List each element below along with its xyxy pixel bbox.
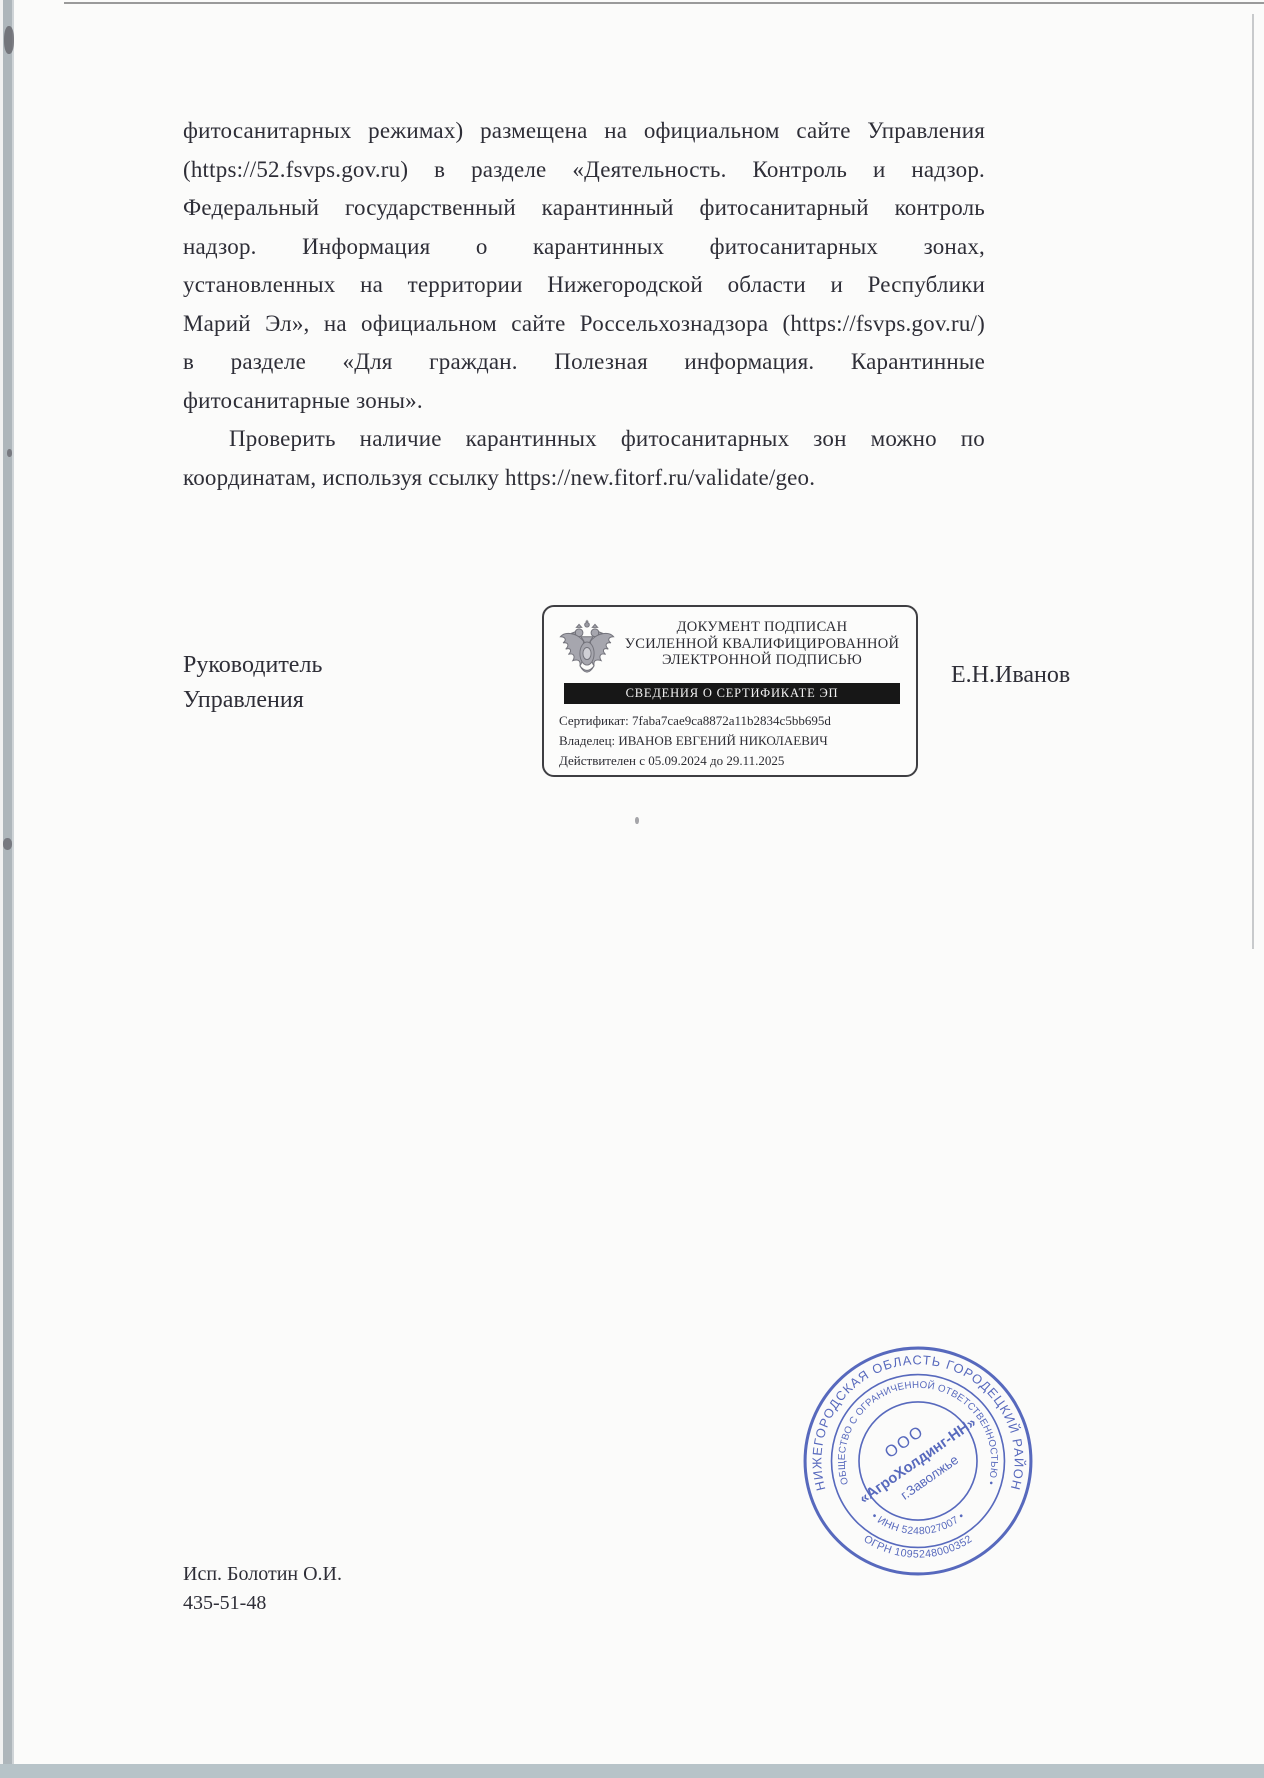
scan-edge-bottom: [0, 1764, 1264, 1778]
scan-artifact: [635, 817, 639, 824]
body-line: координатам, используя ссылку https://ne…: [183, 459, 985, 498]
signer-role-line1: Руководитель: [183, 648, 433, 683]
body-line: фитосанитарных режимах) размещена на офи…: [183, 112, 985, 151]
signer-name: Е.Н.Иванов: [951, 662, 1070, 689]
scan-artifact: [7, 449, 12, 457]
body-line: установленных на территории Нижегородско…: [183, 266, 985, 305]
signer-role: Руководитель Управления: [183, 648, 433, 718]
e-signature-title-line2: УСИЛЕННОЙ КВАЛИФИЦИРОВАННОЙ: [616, 636, 908, 653]
e-signature-title: ДОКУМЕНТ ПОДПИСАН УСИЛЕННОЙ КВАЛИФИЦИРОВ…: [616, 619, 908, 669]
double-headed-eagle-icon: [556, 617, 618, 683]
executor-name: Исп. Болотин О.И.: [183, 1560, 342, 1589]
body-line: надзор. Информация о карантинных фитосан…: [183, 228, 985, 267]
body-line: Проверить наличие карантинных фитосанита…: [183, 420, 985, 459]
certificate-info-banner: СВЕДЕНИЯ О СЕРТИФИКАТЕ ЭП: [564, 683, 900, 704]
scan-artifact: [4, 26, 14, 54]
executor-block: Исп. Болотин О.И. 435-51-48: [183, 1560, 342, 1618]
signer-role-line2: Управления: [183, 683, 433, 718]
scan-edge-right-line: [1252, 14, 1254, 949]
certificate-owner: Владелец: ИВАНОВ ЕВГЕНИЙ НИКОЛАЕВИЧ: [559, 731, 908, 751]
scan-edge-left: [0, 0, 14, 1778]
stamp-inn-text: • ИНН 5248027007 •: [869, 1511, 967, 1537]
letter-body: фитосанитарных режимах) размещена на офи…: [183, 112, 985, 497]
body-line: Марий Эл», на официальном сайте Россельх…: [183, 305, 985, 344]
e-signature-title-line3: ЭЛЕКТРОННОЙ ПОДПИСЬЮ: [616, 652, 908, 669]
executor-phone: 435-51-48: [183, 1589, 342, 1618]
e-signature-stamp: ДОКУМЕНТ ПОДПИСАН УСИЛЕННОЙ КВАЛИФИЦИРОВ…: [542, 605, 918, 777]
certificate-validity: Действителен с 05.09.2024 до 29.11.2025: [559, 751, 908, 771]
scanned-document-page: фитосанитарных режимах) размещена на офи…: [0, 0, 1264, 1778]
body-line: Федеральный государственный карантинный …: [183, 189, 985, 228]
scan-artifact: [3, 838, 12, 850]
certificate-details: Сертификат: 7faba7cae9ca8872a11b2834c5bb…: [559, 711, 908, 771]
company-round-stamp: НИЖЕГОРОДСКАЯ ОБЛАСТЬ ГОРОДЕЦКИЙ РАЙОН О…: [801, 1343, 1035, 1579]
body-line: фитосанитарные зоны».: [183, 382, 985, 421]
certificate-number: Сертификат: 7faba7cae9ca8872a11b2834c5bb…: [559, 711, 908, 731]
body-line: в разделе «Для граждан. Полезная информа…: [183, 343, 985, 382]
body-line: (https://52.fsvps.gov.ru) в разделе «Дея…: [183, 151, 985, 190]
scan-edge-top-line: [64, 2, 1264, 4]
e-signature-title-line1: ДОКУМЕНТ ПОДПИСАН: [616, 619, 908, 636]
